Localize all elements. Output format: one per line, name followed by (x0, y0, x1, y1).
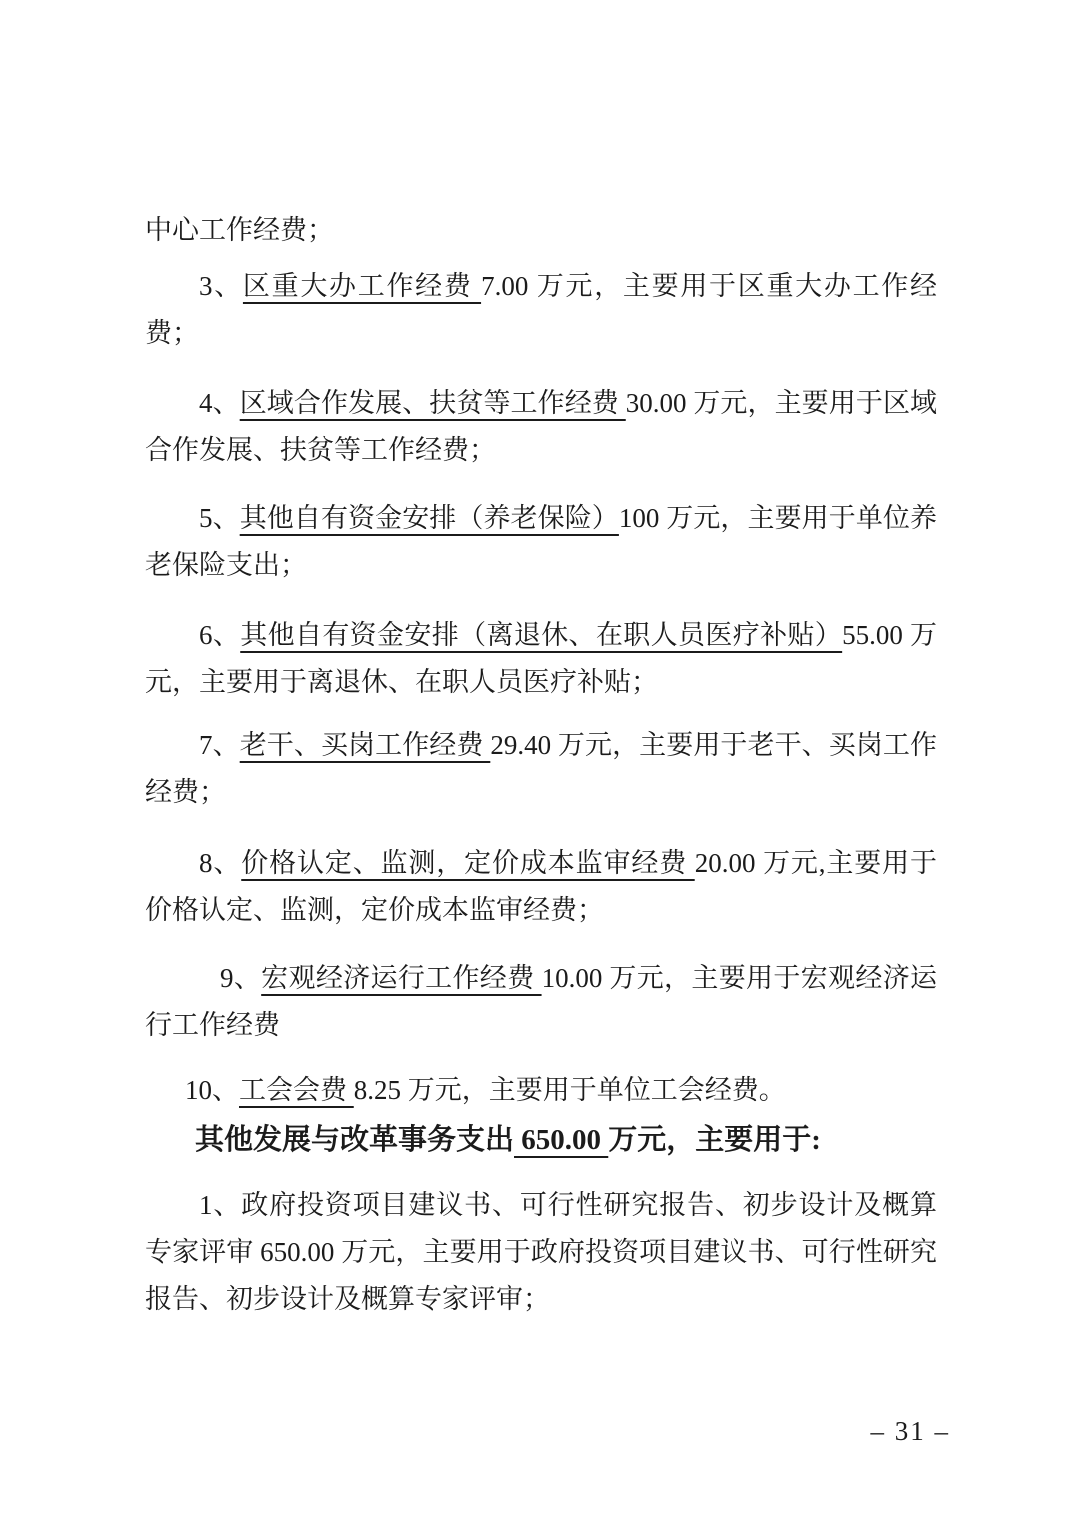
text-segment: 10、 (185, 1075, 239, 1105)
text-segment: 9、 (220, 963, 261, 993)
para-item-4: 4、区域合作发展、扶贫等工作经费 30.00 万元，主要用于区域合作发展、扶贫等… (145, 380, 937, 474)
underlined-text: 工会会费 (239, 1075, 354, 1105)
text-segment: 中心工作经费； (145, 215, 334, 245)
para-item-3: 3、区重大办工作经费 7.00 万元，主要用于区重大办工作经费； (145, 263, 937, 357)
para-item-1: 1、政府投资项目建议书、可行性研究报告、初步设计及概算专家评审 650.00 万… (145, 1182, 937, 1323)
underlined-text: 价格认定、监测，定价成本监审经费 (241, 848, 694, 878)
page-number: – 31 – (871, 1415, 951, 1447)
para-item-5: 5、其他自有资金安排（养老保险）100 万元，主要用于单位养老保险支出； (145, 495, 937, 589)
text-segment: 5、 (199, 503, 240, 533)
underlined-text: 老干、买岗工作经费 (240, 730, 491, 760)
text-segment: 8.25 万元，主要用于单位工会经费。 (354, 1075, 786, 1105)
text-segment: 其他发展与改革事务支出 (195, 1124, 514, 1156)
underlined-text: 宏观经济运行工作经费 (261, 963, 541, 993)
para-item-6: 6、其他自有资金安排（离退休、在职人员医疗补贴）55.00 万元，主要用于离退休… (145, 612, 937, 706)
para-item-8: 8、价格认定、监测，定价成本监审经费 20.00 万元,主要用于价格认定、监测，… (145, 840, 937, 934)
para-item-9: 9、宏观经济运行工作经费 10.00 万元，主要用于宏观经济运行工作经费 (145, 955, 937, 1049)
text-segment: 1、政府投资项目建议书、可行性研究报告、初步设计及概算专家评审 650.00 万… (145, 1190, 937, 1314)
text-segment: 3、 (199, 271, 243, 301)
underlined-text: 其他自有资金安排（养老保险） (240, 503, 619, 533)
underlined-text: 其他自有资金安排（离退休、在职人员医疗补贴） (240, 620, 842, 650)
para-heading: 其他发展与改革事务支出 650.00 万元，主要用于: (145, 1117, 937, 1164)
para-continued: 中心工作经费； (145, 207, 937, 254)
text-segment: 8、 (199, 848, 241, 878)
text-segment: 7、 (199, 730, 240, 760)
text-segment: 6、 (199, 620, 240, 650)
document-page: 中心工作经费；3、区重大办工作经费 7.00 万元，主要用于区重大办工作经费；4… (0, 0, 1074, 1520)
para-item-7: 7、老干、买岗工作经费 29.40 万元，主要用于老干、买岗工作经费； (145, 722, 937, 816)
underlined-text: 区重大办工作经费 (243, 271, 481, 301)
underlined-text: 650.00 (514, 1124, 608, 1156)
underlined-text: 区域合作发展、扶贫等工作经费 (240, 388, 626, 418)
text-segment: 万元，主要用于: (608, 1124, 821, 1156)
document-body: 中心工作经费；3、区重大办工作经费 7.00 万元，主要用于区重大办工作经费；4… (145, 207, 937, 1323)
text-segment: 4、 (199, 388, 240, 418)
para-item-10: 10、工会会费 8.25 万元，主要用于单位工会经费。 (145, 1067, 937, 1114)
